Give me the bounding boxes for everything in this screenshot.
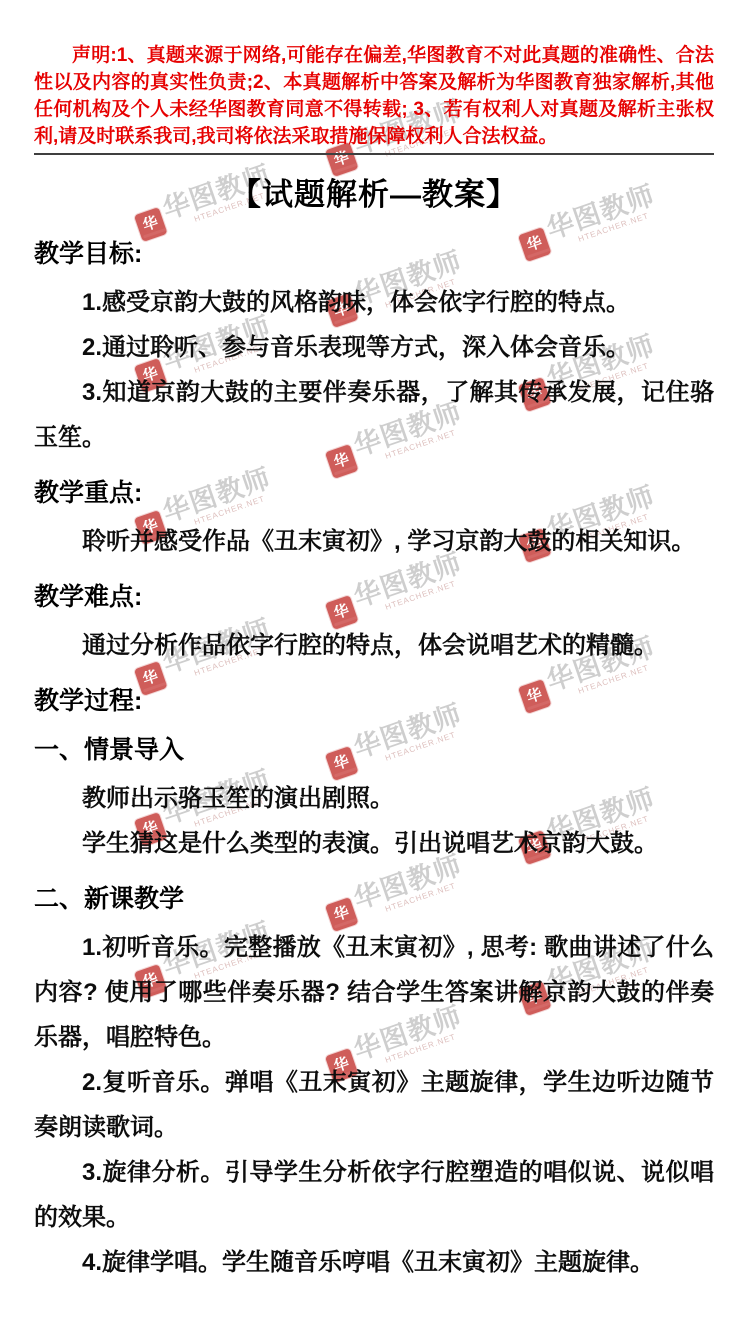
section-heading: 教学难点: bbox=[34, 577, 714, 613]
section-heading: 教学重点: bbox=[34, 473, 714, 509]
lesson-plan-document: 声明:1、真题来源于网络,可能存在偏差,华图教育不对此真题的准确性、合法性以及内… bbox=[0, 0, 748, 1334]
paragraph: 学生猜这是什么类型的表演。引出说唱艺术京韵大鼓。 bbox=[34, 821, 714, 866]
document-sections: 教学目标:1.感受京韵大鼓的风格韵味，体会依字行腔的特点。2.通过聆听、参与音乐… bbox=[34, 234, 714, 1285]
document-page: { "document": { "disclaimer": { "label":… bbox=[0, 0, 748, 1334]
paragraph: 聆听并感受作品《丑末寅初》, 学习京韵大鼓的相关知识。 bbox=[34, 519, 714, 564]
page-title: 【试题解析—教案】 bbox=[34, 169, 714, 214]
disclaimer-body: 1、真题来源于网络,可能存在偏差,华图教育不对此真题的准确性、合法性以及内容的真… bbox=[34, 45, 714, 147]
paragraph: 通过分析作品依字行腔的特点，体会说唱艺术的精髓。 bbox=[34, 623, 714, 668]
paragraph: 3.知道京韵大鼓的主要伴奏乐器，了解其传承发展，记住骆玉笙。 bbox=[34, 370, 714, 460]
section-heading: 教学目标: bbox=[34, 234, 714, 270]
disclaimer-label: 声明: bbox=[72, 45, 117, 66]
paragraph: 教师出示骆玉笙的演出剧照。 bbox=[34, 776, 714, 821]
paragraph: 4.旋律学唱。学生随音乐哼唱《丑末寅初》主题旋律。 bbox=[34, 1240, 714, 1285]
section-heading: 教学过程: bbox=[34, 681, 714, 717]
paragraph: 1.感受京韵大鼓的风格韵味，体会依字行腔的特点。 bbox=[34, 280, 714, 325]
paragraph: 3.旋律分析。引导学生分析依字行腔塑造的唱似说、说似唱的效果。 bbox=[34, 1150, 714, 1240]
paragraph: 2.通过聆听、参与音乐表现等方式，深入体会音乐。 bbox=[34, 325, 714, 370]
paragraph: 2.复听音乐。弹唱《丑末寅初》主题旋律，学生边听边随节奏朗读歌词。 bbox=[34, 1060, 714, 1150]
section-heading: 一、情景导入 bbox=[34, 730, 714, 766]
disclaimer-text: 声明:1、真题来源于网络,可能存在偏差,华图教育不对此真题的准确性、合法性以及内… bbox=[34, 42, 714, 150]
divider-line bbox=[34, 153, 714, 155]
paragraph: 1.初听音乐。完整播放《丑末寅初》, 思考: 歌曲讲述了什么内容? 使用了哪些伴… bbox=[34, 925, 714, 1060]
section-heading: 二、新课教学 bbox=[34, 879, 714, 915]
